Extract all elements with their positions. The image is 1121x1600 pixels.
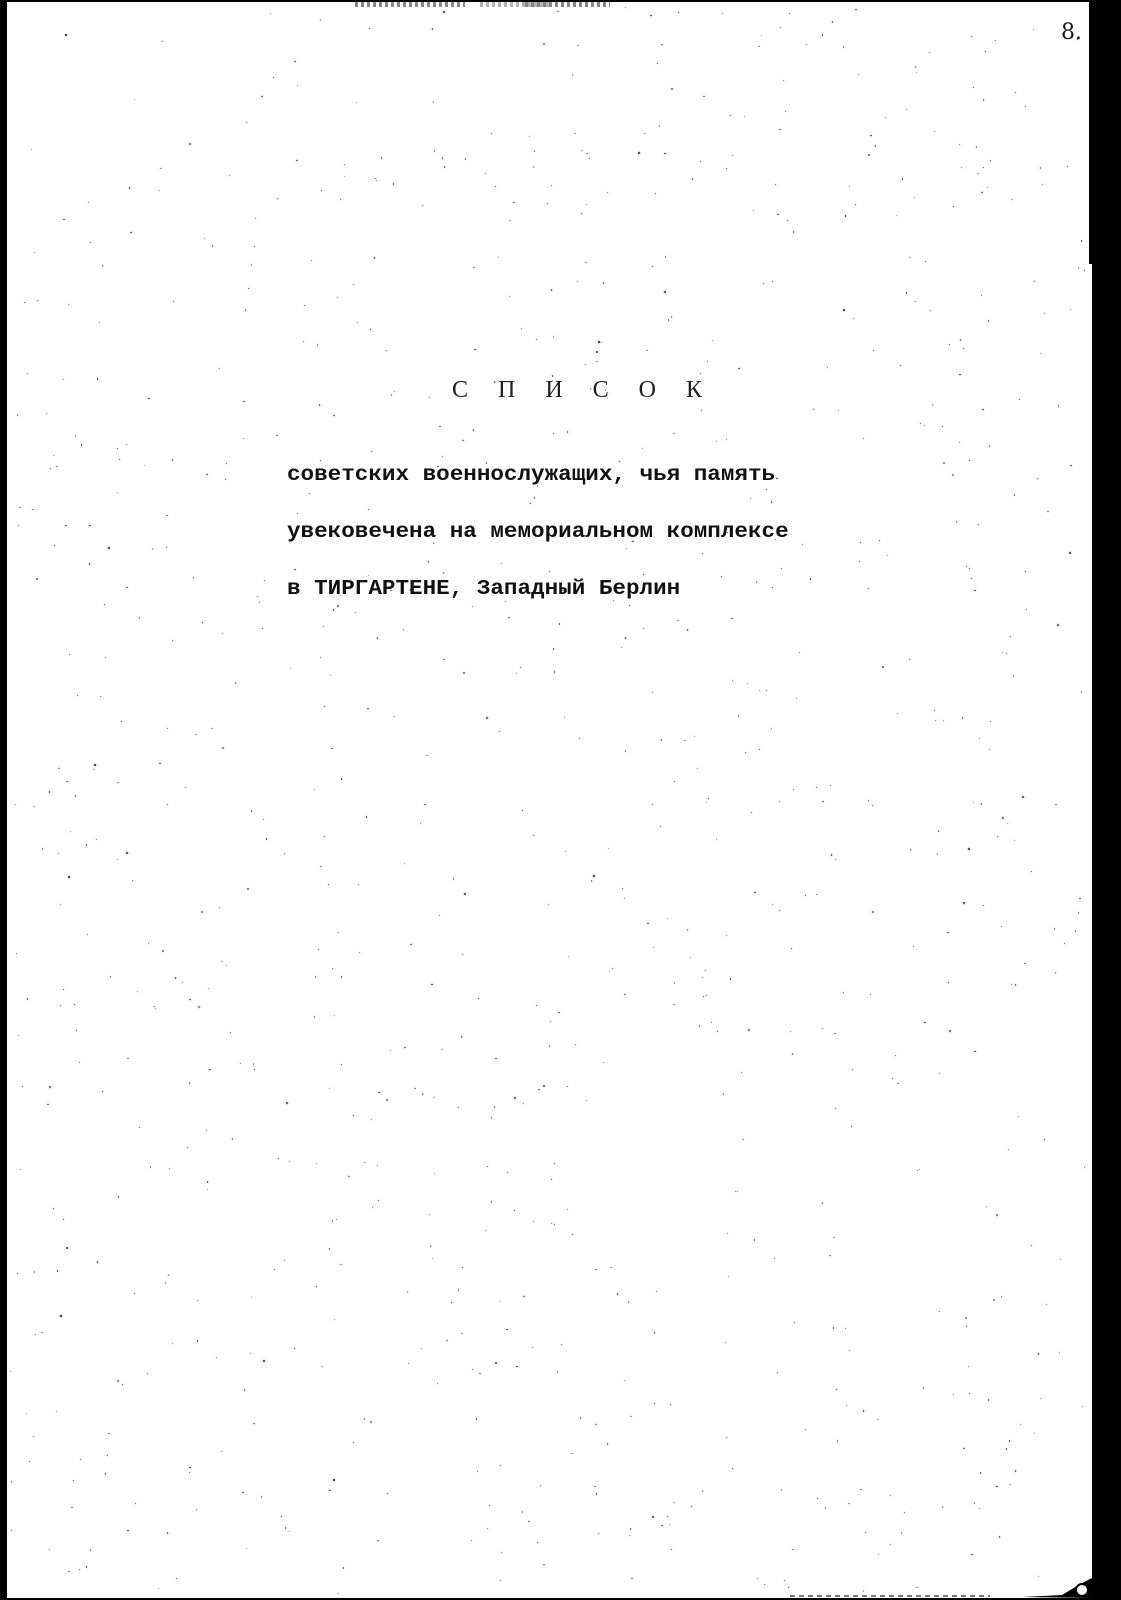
page-number: 8. [1061,22,1082,44]
scan-speckle-noise [0,0,1121,1600]
scanned-page: 8. С П И С О К советских военнослужащих,… [0,0,1121,1600]
document-title: С П И С О К [452,376,714,404]
subtitle-line: советских военнослужащих, чья память [287,465,789,484]
subtitle-line: увековечена на мемориальном комплексе [287,522,789,541]
document-subtitle: советских военнослужащих, чья память уве… [287,427,789,636]
subtitle-line: в ТИРГАРТЕНЕ, Западный Берлин [287,579,789,598]
